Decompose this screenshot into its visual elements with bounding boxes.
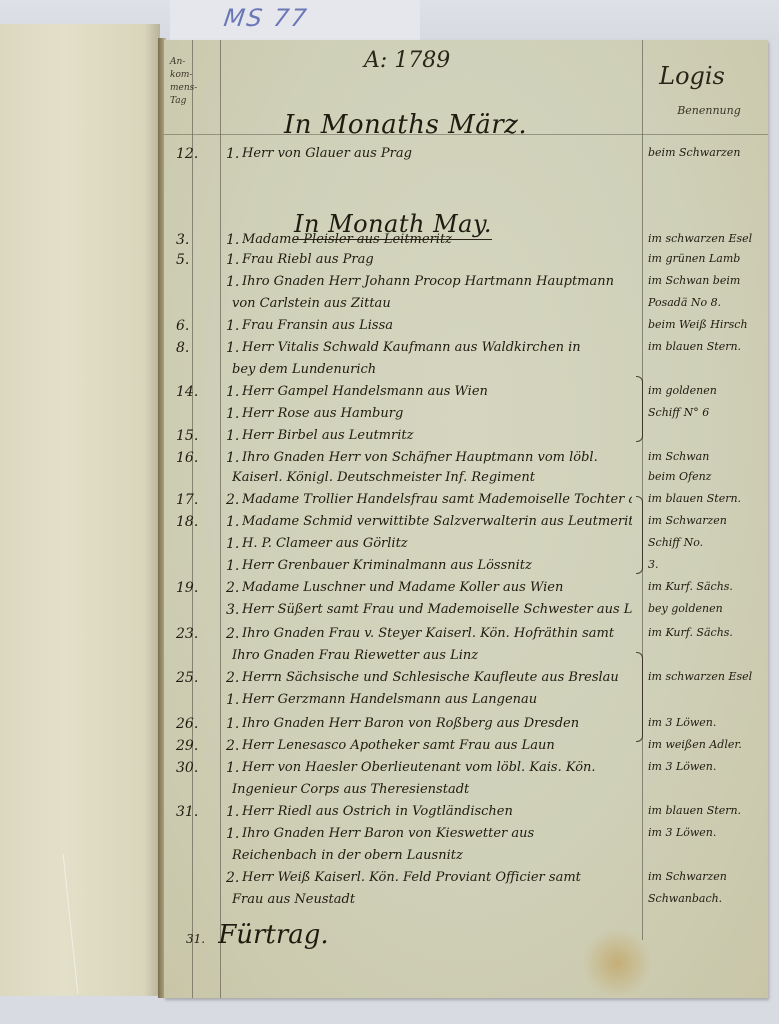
entry-guest: Herr Riedl aus Ostrich in Vogtländischen: [242, 804, 632, 819]
shelfmark-label: MS 77: [222, 4, 310, 32]
ledger-entry: 29.2.Herr Lenesasco Apotheker samt Frau …: [164, 738, 768, 760]
ledger-entry: Frau aus NeustadtSchwanbach.: [164, 892, 768, 914]
entry-guest: Herr Weiß Kaiserl. Kön. Feld Proviant Of…: [242, 870, 632, 885]
entry-lodging: 3.: [648, 558, 764, 571]
entry-guest: Kaiserl. Königl. Deutschmeister Inf. Reg…: [232, 470, 622, 485]
entry-lodging: im schwarzen Esel: [648, 232, 764, 245]
entry-count: 1.: [226, 274, 239, 290]
entry-count: 1.: [226, 428, 239, 444]
entry-lodging: im blauen Stern.: [648, 492, 764, 505]
entry-guest: bey dem Lundenurich: [232, 362, 622, 377]
entry-guest: Ihro Gnaden Herr Johann Procop Hartmann …: [242, 274, 632, 289]
entry-guest: Madame Luschner und Madame Koller aus Wi…: [242, 580, 632, 595]
ledger-year: A: 1789: [364, 48, 450, 73]
entry-guest: Herr Süßert samt Frau und Mademoiselle S…: [242, 602, 632, 617]
entry-count: 1.: [226, 760, 239, 776]
entry-count: 2.: [226, 738, 239, 754]
ledger-entry: 1.Ihro Gnaden Herr Johann Procop Hartman…: [164, 274, 768, 296]
entry-guest: Ihro Gnaden Frau v. Steyer Kaiserl. Kön.…: [242, 626, 632, 641]
ledger-entry: Ingenieur Corps aus Theresienstadt: [164, 782, 768, 804]
ledger-entry: 25.2.Herrn Sächsische und Schlesische Ka…: [164, 670, 768, 692]
entry-day: 19.: [176, 580, 212, 596]
entry-count: 2.: [226, 626, 239, 642]
entry-lodging: im schwarzen Esel: [648, 670, 764, 683]
entry-guest: Madame Schmid verwittibte Salzverwalteri…: [242, 514, 632, 529]
entry-count: 1.: [226, 804, 239, 820]
entry-lodging: im blauen Stern.: [648, 340, 764, 353]
entry-guest: Madame Trollier Handelsfrau samt Mademoi…: [242, 492, 632, 507]
entry-day: 26.: [176, 716, 212, 732]
ledger-entry: 12. 1. Herr von Glauer aus Prag beim Sch…: [164, 146, 768, 168]
entry-lodging: im Schwan: [648, 450, 764, 463]
entry-guest: Herr Gerzmann Handelsmann aus Langenau: [242, 692, 632, 707]
entry-lodging: im 3 Löwen.: [648, 716, 764, 729]
entry-guest: Frau Riebl aus Prag: [242, 252, 632, 267]
entry-day: 12.: [176, 146, 212, 162]
entry-guest: Herr Lenesasco Apotheker samt Frau aus L…: [242, 738, 632, 753]
entry-day: 31.: [176, 804, 212, 820]
entry-guest: Frau aus Neustadt: [232, 892, 622, 907]
ledger-entry: 8.1.Herr Vitalis Schwald Kaufmann aus Wa…: [164, 340, 768, 362]
entry-guest: Reichenbach in der obern Lausnitz: [232, 848, 622, 863]
ledger-entry: von Carlstein aus ZittauPosadä No 8.: [164, 296, 768, 318]
ledger-entry: 26.1.Ihro Gnaden Herr Baron von Roßberg …: [164, 716, 768, 738]
entry-count: 1.: [226, 384, 239, 400]
entry-guest: Ihro Gnaden Herr Baron von Kieswetter au…: [242, 826, 632, 841]
entry-day: 6.: [176, 318, 212, 334]
entry-count: 1.: [226, 318, 239, 334]
entry-count: 2.: [226, 580, 239, 596]
entry-lodging: im 3 Löwen.: [648, 826, 764, 839]
ledger-entry: Ihro Gnaden Frau Riewetter aus Linz: [164, 648, 768, 670]
entry-day: 16.: [176, 450, 212, 466]
entry-lodging: beim Weiß Hirsch: [648, 318, 764, 331]
footer-day: 31.: [186, 932, 205, 946]
entry-lodging: im Schwarzen: [648, 514, 764, 527]
entry-guest: Ihro Gnaden Herr von Schäfner Hauptmann …: [242, 450, 632, 465]
entry-day: 18.: [176, 514, 212, 530]
entry-day: 3.: [176, 232, 212, 248]
ledger-entry: 3.1.Madame Pleisler aus Leitmeritzim sch…: [164, 232, 768, 254]
ledger-entry: 2.Herr Weiß Kaiserl. Kön. Feld Proviant …: [164, 870, 768, 892]
lodging-subheader: Benennung: [654, 104, 764, 117]
entry-guest: Herrn Sächsische und Schlesische Kaufleu…: [242, 670, 632, 685]
ledger-entry: 1.Ihro Gnaden Herr Baron von Kieswetter …: [164, 826, 768, 848]
entry-count: 1.: [226, 232, 239, 248]
entry-day: 25.: [176, 670, 212, 686]
ledger-entry: 1.Herr Gerzmann Handelsmann aus Langenau: [164, 692, 768, 714]
entry-lodging: beim Schwarzen: [648, 146, 764, 159]
entry-day: 14.: [176, 384, 212, 400]
ledger-entry: Reichenbach in der obern Lausnitz: [164, 848, 768, 870]
entry-guest: Ihro Gnaden Herr Baron von Roßberg aus D…: [242, 716, 632, 731]
entry-lodging: Posadä No 8.: [648, 296, 764, 309]
ledger-entry: bey dem Lundenurich: [164, 362, 768, 384]
entry-count: 1.: [226, 536, 239, 552]
entry-lodging: im Kurf. Sächs.: [648, 580, 764, 593]
entry-count: 1.: [226, 340, 239, 356]
ledger-entry: Kaiserl. Königl. Deutschmeister Inf. Reg…: [164, 470, 768, 492]
entry-day: 8.: [176, 340, 212, 356]
entry-count: 2.: [226, 492, 239, 508]
entry-count: 1.: [226, 252, 239, 268]
entry-day: 29.: [176, 738, 212, 754]
entry-lodging: im blauen Stern.: [648, 804, 764, 817]
entry-lodging: Schiff No.: [648, 536, 764, 549]
entry-guest: Ihro Gnaden Frau Riewetter aus Linz: [232, 648, 622, 663]
ledger-entry: 16.1.Ihro Gnaden Herr von Schäfner Haupt…: [164, 450, 768, 472]
ledger-entry: 1.Herr Grenbauer Kriminalmann aus Lössni…: [164, 558, 768, 580]
ledger-entry: 1.Herr Rose aus HamburgSchiff N° 6: [164, 406, 768, 428]
ledger-entry: 17.2.Madame Trollier Handelsfrau samt Ma…: [164, 492, 768, 514]
entry-lodging: im weißen Adler.: [648, 738, 764, 751]
entry-guest: Frau Fransin aus Lissa: [242, 318, 632, 333]
entry-guest: Herr Grenbauer Kriminalmann aus Lössnitz: [242, 558, 632, 573]
entry-count: 3.: [226, 602, 239, 618]
entry-lodging: Schwanbach.: [648, 892, 764, 905]
entry-day: 23.: [176, 626, 212, 642]
entry-count: 2.: [226, 870, 239, 886]
ledger-entry: 1.H. P. Clameer aus GörlitzSchiff No.: [164, 536, 768, 558]
section-title-march: In Monaths März.: [284, 110, 527, 140]
entry-count: 1.: [226, 692, 239, 708]
brace-marker: [636, 376, 643, 442]
left-blank-page: [0, 24, 160, 996]
entry-guest: Herr von Haesler Oberlieutenant vom löbl…: [242, 760, 632, 775]
brace-marker: [636, 652, 643, 742]
footer-label: Fürtrag.: [218, 920, 329, 950]
ledger-entry: 18.1.Madame Schmid verwittibte Salzverwa…: [164, 514, 768, 536]
entry-day: 30.: [176, 760, 212, 776]
entry-lodging: Schiff N° 6: [648, 406, 764, 419]
entry-count: 1.: [226, 450, 239, 466]
ledger-entry: 5.1.Frau Riebl aus Pragim grünen Lamb: [164, 252, 768, 274]
lodging-header: Logis: [622, 62, 762, 90]
ledger-entry: 30.1.Herr von Haesler Oberlieutenant vom…: [164, 760, 768, 782]
entry-guest: H. P. Clameer aus Görlitz: [242, 536, 632, 551]
entry-day: 5.: [176, 252, 212, 268]
entry-count: 1.: [226, 826, 239, 842]
entry-count: 1.: [226, 146, 239, 162]
entry-guest: Madame Pleisler aus Leitmeritz: [242, 232, 632, 247]
entry-day: 15.: [176, 428, 212, 444]
entry-count: 1.: [226, 558, 239, 574]
ledger-entry: 6.1.Frau Fransin aus Lissabeim Weiß Hirs…: [164, 318, 768, 340]
entry-count: 1.: [226, 716, 239, 732]
entry-guest: Ingenieur Corps aus Theresienstadt: [232, 782, 622, 797]
entry-guest: Herr Birbel aus Leutmritz: [242, 428, 632, 443]
entry-lodging: im goldenen: [648, 384, 764, 397]
ledger-entry: 31.1.Herr Riedl aus Ostrich in Vogtländi…: [164, 804, 768, 826]
entry-lodging: im Kurf. Sächs.: [648, 626, 764, 639]
entry-lodging: im 3 Löwen.: [648, 760, 764, 773]
entry-count: 1.: [226, 406, 239, 422]
carry-forward: 31. Fürtrag.: [186, 920, 329, 950]
ledger-page: An- kom- mens- Tag A: 1789 Logis Benennu…: [164, 40, 768, 998]
entry-guest: Herr Vitalis Schwald Kaufmann aus Waldki…: [242, 340, 632, 355]
brace-marker: [636, 496, 643, 574]
entry-guest: Herr Rose aus Hamburg: [242, 406, 632, 421]
ledger-entry: 14.1.Herr Gampel Handelsmann aus Wienim …: [164, 384, 768, 406]
header-column-labels: An- kom- mens- Tag: [170, 56, 222, 108]
entry-lodging: im grünen Lamb: [648, 252, 764, 265]
ledger-entry: 15.1.Herr Birbel aus Leutmritz: [164, 428, 768, 450]
entry-lodging: im Schwarzen: [648, 870, 764, 883]
entry-count: 2.: [226, 670, 239, 686]
entry-day: 17.: [176, 492, 212, 508]
entry-guest: Herr Gampel Handelsmann aus Wien: [242, 384, 632, 399]
ledger-entry: 19.2.Madame Luschner und Madame Koller a…: [164, 580, 768, 602]
entry-lodging: beim Ofenz: [648, 470, 764, 483]
ledger-entry: 3.Herr Süßert samt Frau und Mademoiselle…: [164, 602, 768, 624]
entry-lodging: im Schwan beim: [648, 274, 764, 287]
ledger-entry: 23.2.Ihro Gnaden Frau v. Steyer Kaiserl.…: [164, 626, 768, 648]
entry-count: 1.: [226, 514, 239, 530]
entry-lodging: bey goldenen: [648, 602, 764, 615]
entry-guest: von Carlstein aus Zittau: [232, 296, 622, 311]
entry-guest: Herr von Glauer aus Prag: [242, 146, 632, 161]
